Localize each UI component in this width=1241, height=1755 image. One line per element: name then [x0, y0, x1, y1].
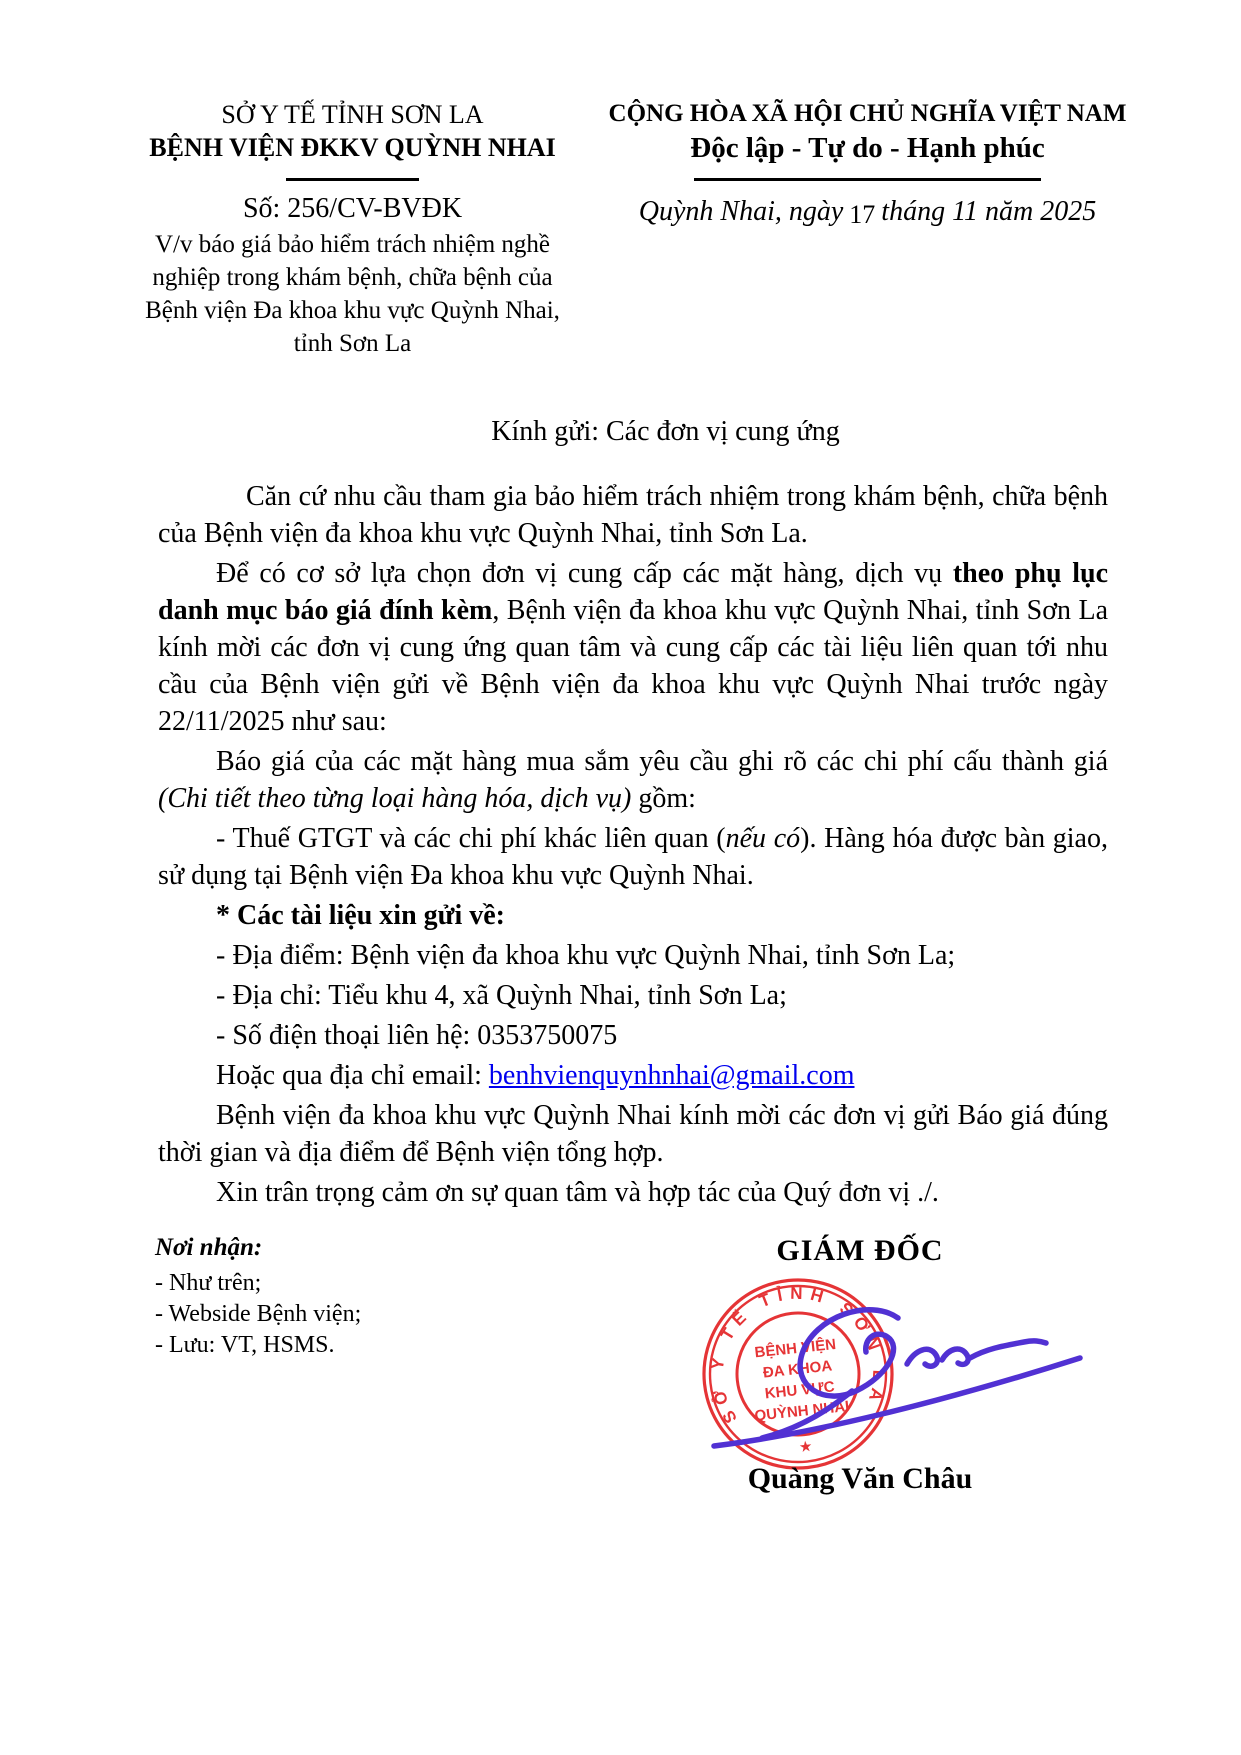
document-body: Căn cứ nhu cầu tham gia bảo hiểm trách n… [158, 478, 1108, 1214]
issuing-agency-block: SỞ Y TẾ TỈNH SƠN LA BỆNH VIỆN ĐKKV QUỲNH… [135, 100, 570, 360]
email-line-label: Hoặc qua địa chỉ email: [216, 1060, 489, 1091]
quote-detail-note: (Chi tiết theo từng loại hàng hóa, dịch … [158, 783, 631, 814]
agency-name: BỆNH VIỆN ĐKKV QUỲNH NHAI [135, 133, 570, 163]
phone-item: - Số điện thoại liên hệ: 0353750075 [158, 1017, 1108, 1054]
location-item: - Địa điểm: Bệnh viện đa khoa khu vực Qu… [158, 937, 1108, 974]
document-subject: V/v báo giá bảo hiểm trách nhiệm nghề ng… [135, 228, 570, 360]
paragraph-vat-item: - Thuế GTGT và các chi phí khác liên qua… [158, 820, 1108, 894]
date-day: 17 [843, 200, 881, 229]
paragraph-basis: Căn cứ nhu cầu tham gia bảo hiểm trách n… [158, 478, 1108, 552]
national-header-block: CỘNG HÒA XÃ HỘI CHỦ NGHĨA VIỆT NAM Độc l… [590, 100, 1145, 228]
agency-divider [286, 178, 419, 181]
motto-divider [694, 178, 1041, 181]
director-signature [702, 1296, 1094, 1454]
recipient-item: - Webside Bệnh viện; [155, 1299, 575, 1330]
quote-requirements-text: Báo giá của các mặt hàng mua sắm yêu cầu… [216, 746, 1108, 777]
paragraph-invitation-text: Để có cơ sở lựa chọn đơn vị cung cấp các… [216, 558, 953, 589]
paragraph-invitation: Để có cơ sở lựa chọn đơn vị cung cấp các… [158, 555, 1108, 740]
recipient-item: - Như trên; [155, 1268, 575, 1299]
signature-icon [702, 1296, 1094, 1454]
documents-send-heading: * Các tài liệu xin gửi về: [158, 897, 1108, 934]
documents-send-heading-text: * Các tài liệu xin gửi về: [216, 900, 505, 931]
paragraph-quote-requirements: Báo giá của các mặt hàng mua sắm yêu cầu… [158, 743, 1108, 817]
paragraph-thanks: Xin trân trọng cảm ơn sự quan tâm và hợp… [158, 1174, 1108, 1211]
recipients-block: Nơi nhận: - Như trên; - Webside Bệnh việ… [155, 1234, 575, 1361]
national-title: CỘNG HÒA XÃ HỘI CHỦ NGHĨA VIỆT NAM [590, 100, 1145, 128]
national-motto: Độc lập - Tự do - Hạnh phúc [590, 132, 1145, 165]
document-number: Số: 256/CV-BVĐK [135, 193, 570, 225]
document-page: SỞ Y TẾ TỈNH SƠN LA BỆNH VIỆN ĐKKV QUỲNH… [0, 0, 1241, 1755]
date-prefix: Quỳnh Nhai, ngày [639, 196, 844, 227]
recipient-item: - Lưu: VT, HSMS. [155, 1330, 575, 1361]
if-any-note: nếu có [726, 823, 801, 854]
date-suffix: tháng 11 năm 2025 [881, 196, 1096, 227]
recipients-label: Nơi nhận: [155, 1234, 575, 1262]
signer-title: GIÁM ĐỐC [640, 1234, 1080, 1268]
place-date-line: Quỳnh Nhai, ngày17tháng 11 năm 2025 [590, 196, 1145, 228]
recipients-list: - Như trên; - Webside Bệnh viện; - Lưu: … [155, 1268, 575, 1361]
signer-title-block: GIÁM ĐỐC [640, 1234, 1080, 1268]
agency-parent: SỞ Y TẾ TỈNH SƠN LA [135, 100, 570, 130]
salutation: Kính gửi: Các đơn vị cung ứng [0, 416, 1241, 448]
vat-item-text: - Thuế GTGT và các chi phí khác liên qua… [216, 823, 726, 854]
address-item: - Địa chỉ: Tiểu khu 4, xã Quỳnh Nhai, tỉ… [158, 977, 1108, 1014]
signer-name: Quàng Văn Châu [640, 1462, 1080, 1496]
paragraph-deadline: Bệnh viện đa khoa khu vực Quỳnh Nhai kín… [158, 1097, 1108, 1171]
email-line: Hoặc qua địa chỉ email: benhvienquynhnha… [158, 1057, 1108, 1094]
email-link[interactable]: benhvienquynhnhai@gmail.com [489, 1060, 855, 1091]
quote-requirements-rest: gồm: [631, 783, 696, 814]
